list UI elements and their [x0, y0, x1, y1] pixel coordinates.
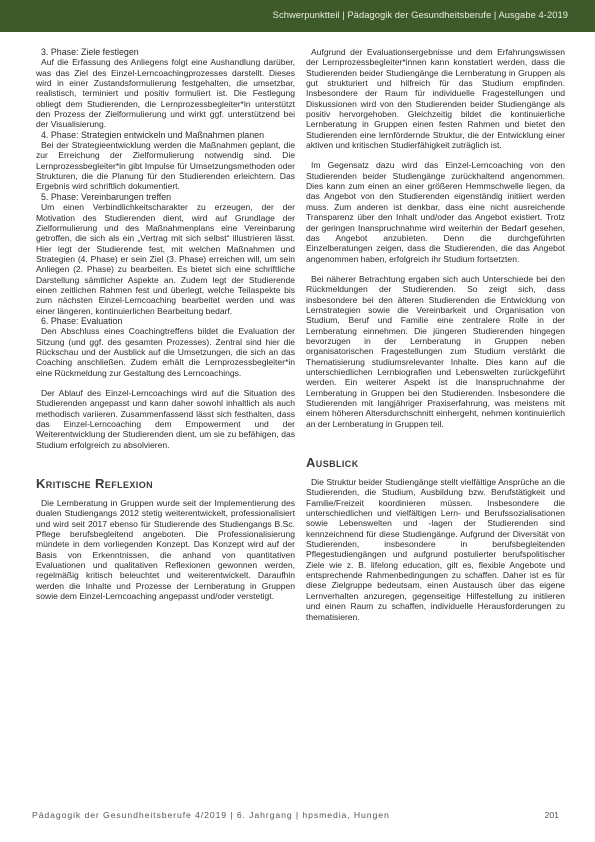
phase-6-text: Den Abschluss eines Coachingtreffens bil…	[36, 326, 295, 378]
kritische-reflexion-text: Die Lernberatung in Gruppen wurde seit d…	[36, 498, 295, 601]
summary-paragraph: Der Ablauf des Einzel-Lerncoachings wird…	[36, 388, 295, 450]
phase-5-heading: 5. Phase: Vereinbarungen treffen	[36, 192, 295, 202]
footer-citation: Pädagogik der Gesundheitsberufe 4/2019 |…	[32, 810, 390, 820]
ausblick-text: Die Struktur beider Studiengänge stellt …	[306, 477, 565, 622]
phase-5-text: Um einen Verbindlichkeitscharakter zu er…	[36, 202, 295, 316]
phase-3-heading: 3. Phase: Ziele festlegen	[36, 47, 295, 57]
section-title-kritische-reflexion: Kritische Reflexion	[36, 477, 295, 491]
running-header-band: Schwerpunktteil | Pädagogik der Gesundhe…	[0, 0, 595, 32]
phase-6-heading: 6. Phase: Evaluation	[36, 316, 295, 326]
phase-4-text: Bei der Strategieentwicklung werden die …	[36, 140, 295, 192]
phase-4-heading: 4. Phase: Strategien entwickeln und Maßn…	[36, 130, 295, 140]
running-header-title: Schwerpunktteil | Pädagogik der Gesundhe…	[273, 9, 568, 20]
unterschiede-paragraph: Bei näherer Betrachtung ergaben sich auc…	[306, 274, 565, 429]
einzel-lerncoaching-paragraph: Im Gegensatz dazu wird das Einzel-Lernco…	[306, 160, 565, 263]
right-column: Aufgrund der Evaluationsergebnisse und d…	[306, 47, 565, 622]
evaluation-paragraph: Aufgrund der Evaluationsergebnisse und d…	[306, 47, 565, 150]
section-title-ausblick: Ausblick	[306, 456, 565, 470]
phase-3-text: Auf die Erfassung des Anliegens folgt ei…	[36, 57, 295, 129]
left-column: 3. Phase: Ziele festlegen Auf die Erfass…	[36, 47, 295, 602]
page-number: 201	[545, 810, 560, 820]
